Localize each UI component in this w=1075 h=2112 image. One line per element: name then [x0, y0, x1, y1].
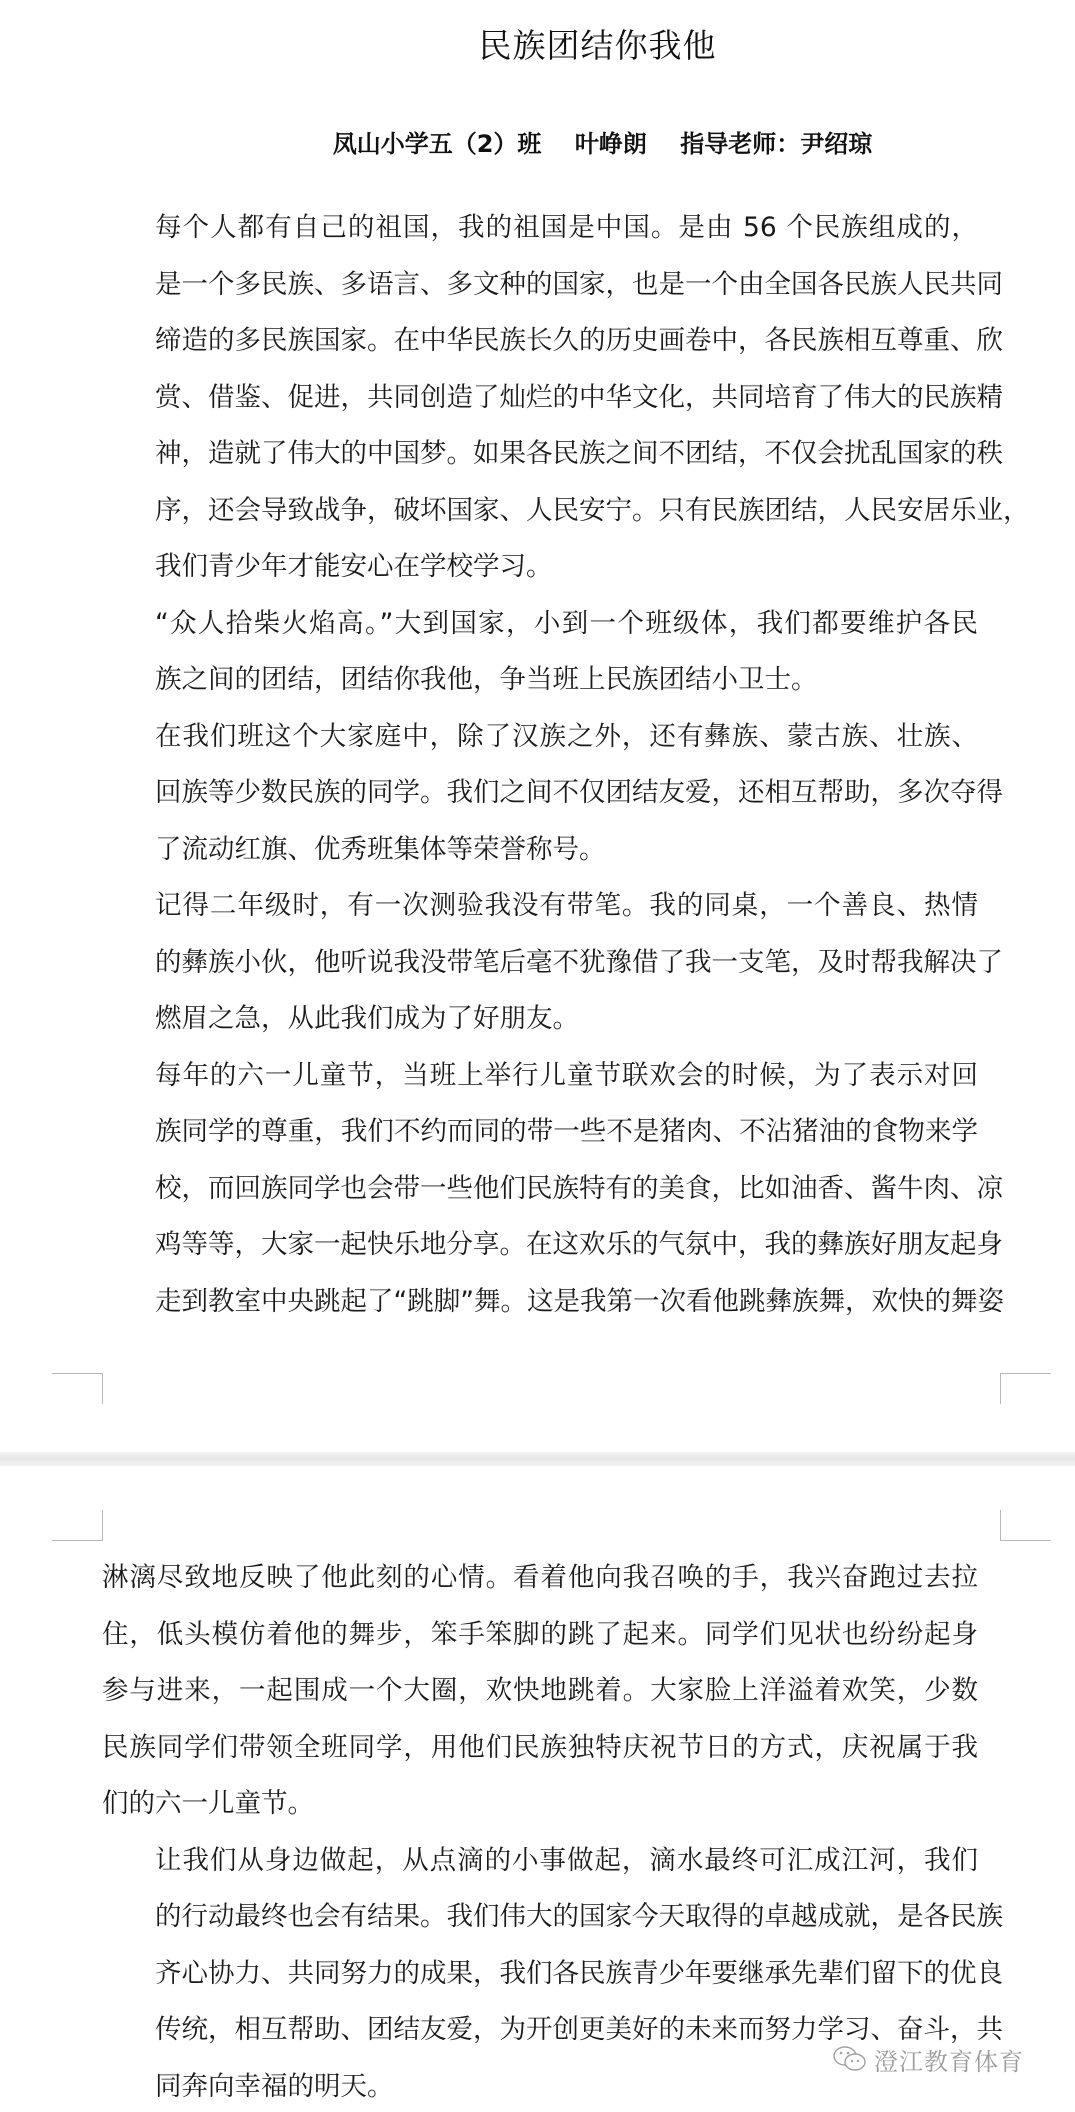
text-line: 参与进来，一起围成一个大圈，欢快地跳着。大家脸上洋溢着欢笑，少数	[102, 1663, 978, 1720]
crop-mark-top-right	[1000, 1510, 1051, 1541]
text-line: 民族同学们带领全班同学，用他们民族独特庆祝节日的方式，庆祝属于我	[102, 1720, 978, 1777]
paragraph-2: “众人拾柴火焰高。”大到国家，小到一个班级体，我们都要维护各民 族之间的团结，团…	[102, 596, 978, 709]
wechat-icon	[832, 2044, 868, 2074]
page-2-body: 淋漓尽致地反映了他此刻的心情。看着他向我召唤的手，我兴奋跑过去拉 住，低头模仿着…	[102, 1550, 978, 2112]
text-line: 的彝族小伙，他听说我没带笔后毫不犹豫借了我一支笔，及时帮我解决了	[102, 935, 978, 992]
text-line: 齐心协力、共同努力的成果，我们各民族青少年要继承先辈们留下的优良	[102, 1946, 978, 2003]
paragraph-4: 记得二年级时，有一次测验我没有带笔。我的同桌，一个善良、热情 的彝族小伙，他听说…	[102, 878, 978, 1048]
text-line: 走到教室中央跳起了“跳脚”舞。这是我第一次看他跳彝族舞，欢快的舞姿	[102, 1274, 978, 1331]
crop-mark-top-left	[52, 0, 102, 2]
text-line: 了流动红旗、优秀班集体等荣誉称号。	[102, 822, 978, 879]
document-page-1: 民族团结你我他 凤山小学五（2）班 叶峥朗 指导老师：尹绍琼 每个人都有自己的祖…	[0, 0, 1075, 1452]
text-line: 每个人都有自己的祖国，我的祖国是中国。是由 56 个民族组成的，	[102, 200, 978, 257]
text-line: 缔造的多民族国家。在中华民族长久的历史画卷中，各民族相互尊重、欣	[102, 313, 978, 370]
text-line: 在我们班这个大家庭中，除了汉族之外，还有彝族、蒙古族、壮族、	[102, 709, 978, 766]
page-separator	[0, 1452, 1075, 1466]
paragraph-1: 每个人都有自己的祖国，我的祖国是中国。是由 56 个民族组成的， 是一个多民族、…	[102, 200, 978, 596]
text-line: 燃眉之急，从此我们成为了好朋友。	[102, 991, 978, 1048]
text-line: 序，还会导致战争，破坏国家、人民安宁。只有民族团结，人民安居乐业，	[102, 483, 978, 540]
text-line: 赏、借鉴、促进，共同创造了灿烂的中华文化，共同培育了伟大的民族精	[102, 370, 978, 427]
crop-mark-top-right	[975, 0, 1025, 2]
text-line: “众人拾柴火焰高。”大到国家，小到一个班级体，我们都要维护各民	[102, 596, 978, 653]
text-line: 我们青少年才能安心在学校学习。	[102, 539, 978, 596]
watermark: 澄江教育体育	[832, 2044, 1024, 2074]
text-line: 回族等少数民族的同学。我们之间不仅团结友爱，还相互帮助，多次夺得	[102, 765, 978, 822]
crop-mark-top-left	[52, 1510, 103, 1541]
text-line: 淋漓尽致地反映了他此刻的心情。看着他向我召唤的手，我兴奋跑过去拉	[102, 1550, 978, 1607]
text-line: 每年的六一儿童节，当班上举行儿童节联欢会的时候，为了表示对回	[102, 1048, 978, 1105]
text-line: 们的六一儿童节。	[102, 1776, 978, 1833]
author-byline: 凤山小学五（2）班 叶峥朗 指导老师：尹绍琼	[0, 124, 1075, 159]
text-line: 记得二年级时，有一次测验我没有带笔。我的同桌，一个善良、热情	[102, 878, 978, 935]
paragraph-3: 在我们班这个大家庭中，除了汉族之外，还有彝族、蒙古族、壮族、 回族等少数民族的同…	[102, 709, 978, 879]
text-line: 住，低头模仿着他的舞步，笨手笨脚的跳了起来。同学们见状也纷纷起身	[102, 1607, 978, 1664]
document-title: 民族团结你我他	[0, 20, 1075, 67]
text-line: 族同学的尊重，我们不约而同的带一些不是猪肉、不沾猪油的食物来学	[102, 1104, 978, 1161]
paragraph-5: 每年的六一儿童节，当班上举行儿童节联欢会的时候，为了表示对回 族同学的尊重，我们…	[102, 1048, 978, 1331]
page-1-body: 每个人都有自己的祖国，我的祖国是中国。是由 56 个民族组成的， 是一个多民族、…	[102, 200, 978, 1330]
crop-mark-bottom-right	[1000, 1373, 1051, 1404]
document-page-2: 淋漓尽致地反映了他此刻的心情。看着他向我召唤的手，我兴奋跑过去拉 住，低头模仿着…	[0, 1466, 1075, 2112]
text-line: 神，造就了伟大的中国梦。如果各民族之间不团结，不仅会扰乱国家的秩	[102, 426, 978, 483]
text-line: 族之间的团结，团结你我他，争当班上民族团结小卫士。	[102, 652, 978, 709]
watermark-text: 澄江教育体育	[874, 2042, 1024, 2077]
crop-mark-bottom-left	[52, 1373, 103, 1404]
text-line: 校，而回族同学也会带一些他们民族特有的美食，比如油香、酱牛肉、凉	[102, 1161, 978, 1218]
text-line: 的行动最终也会有结果。我们伟大的国家今天取得的卓越成就，是各民族	[102, 1889, 978, 1946]
text-line: 鸡等等，大家一起快乐地分享。在这欢乐的气氛中，我的彝族好朋友起身	[102, 1217, 978, 1274]
paragraph-5-continued: 淋漓尽致地反映了他此刻的心情。看着他向我召唤的手，我兴奋跑过去拉 住，低头模仿着…	[102, 1550, 978, 1833]
text-line: 让我们从身边做起，从点滴的小事做起，滴水最终可汇成江河，我们	[102, 1833, 978, 1890]
text-line: 是一个多民族、多语言、多文种的国家，也是一个由全国各民族人民共同	[102, 257, 978, 314]
